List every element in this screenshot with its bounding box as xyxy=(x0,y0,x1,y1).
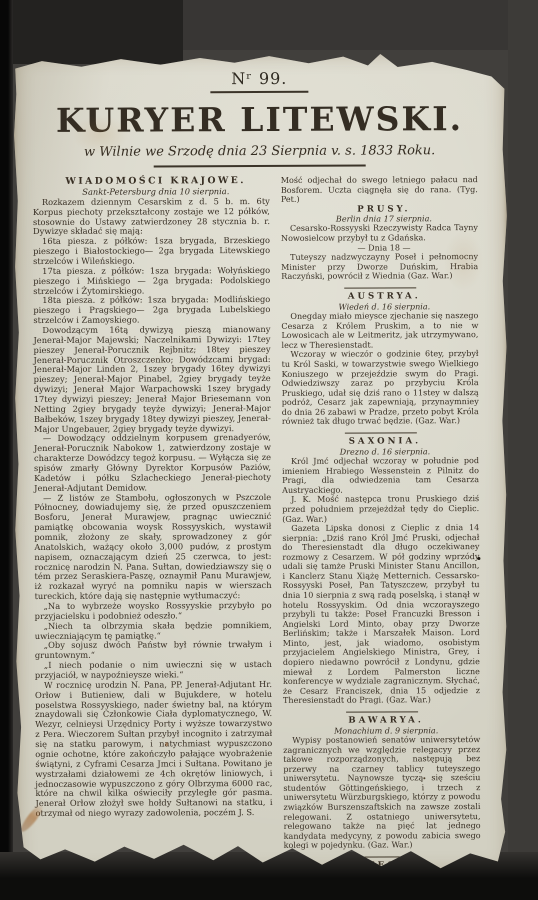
quote-paragraph: „Oby sojusz dwóch Państw był równie trwa… xyxy=(35,640,272,661)
paragraph: Wczoray w wieczór o godzinie 6tey, przyb… xyxy=(282,349,479,426)
ink-speck xyxy=(477,557,480,560)
continuation-paragraph: Mość odjechał do swego letniego pałacu n… xyxy=(281,175,478,205)
quote-paragraph: „Niech ta olbrzymia skała będzie pomniki… xyxy=(35,621,272,642)
foxing-stain xyxy=(443,231,483,291)
paragraph: — Z listów ze Stambołu, ogłoszonych w Ps… xyxy=(34,493,271,602)
scan-background-right xyxy=(508,0,538,900)
left-column: WIADOMOŚCI KRAJOWE. Sankt-Petersburg dni… xyxy=(33,176,273,819)
paragraph: Rozkazem dziennym Cesarskim z d. 5 b. m.… xyxy=(33,197,270,237)
issue-number-rule xyxy=(210,91,308,93)
section-divider-rule xyxy=(344,287,416,289)
paragraph: Wypisy postanowień senatów uniwersytetów… xyxy=(283,735,480,851)
quote-paragraph: „Na to wybrzeże woysko Rossyyskie przyby… xyxy=(35,601,272,622)
paragraph: 16ta piesza. z półków: 1sza brygada, Brz… xyxy=(33,236,270,267)
foxing-stain xyxy=(72,115,128,155)
issue-number: Nʳ 99. xyxy=(12,68,506,89)
scan-background-top xyxy=(183,0,538,50)
quote-paragraph: „I niech podanie o nim uwieczni się w us… xyxy=(35,660,272,681)
paragraph: 18ta piesza. z półków: 1sza brygada: Mod… xyxy=(33,295,270,326)
paragraph: 17ta piesza. z półków: 1sza brygada: Woł… xyxy=(33,266,270,297)
paragraph: J. K. Mość następca tronu Pruskiego dziś… xyxy=(282,494,479,524)
scan-background-topleft xyxy=(13,0,183,64)
section-divider-rule xyxy=(344,432,416,434)
paragraph: — Dowodzący oddzielnym korpusem grenadye… xyxy=(34,433,271,493)
scan-edge-strip xyxy=(0,0,13,900)
paragraph: Gazeta Lipska donosi z Cieplic z dnia 14… xyxy=(282,523,480,706)
section-divider-rule xyxy=(346,711,418,713)
paragraph: Dowodzącym 16tą dywizyą pieszą mianowany… xyxy=(33,325,270,434)
paragraph: Król Jmć odjechał wczoray w południe pod… xyxy=(282,456,479,495)
ink-speck xyxy=(423,777,425,779)
paragraph: W rocznicę urodzin N. Pana, PP. Jenerał-… xyxy=(35,680,273,819)
newspaper-page: Nʳ 99. KURYER LITEWSKI. w Wilnie we Srzo… xyxy=(12,51,510,875)
article-columns: WIADOMOŚCI KRAJOWE. Sankt-Petersburg dni… xyxy=(13,166,510,875)
paragraph: Onegday miało mieysce zjechanie się nasz… xyxy=(281,311,478,350)
ink-speck xyxy=(165,742,168,746)
